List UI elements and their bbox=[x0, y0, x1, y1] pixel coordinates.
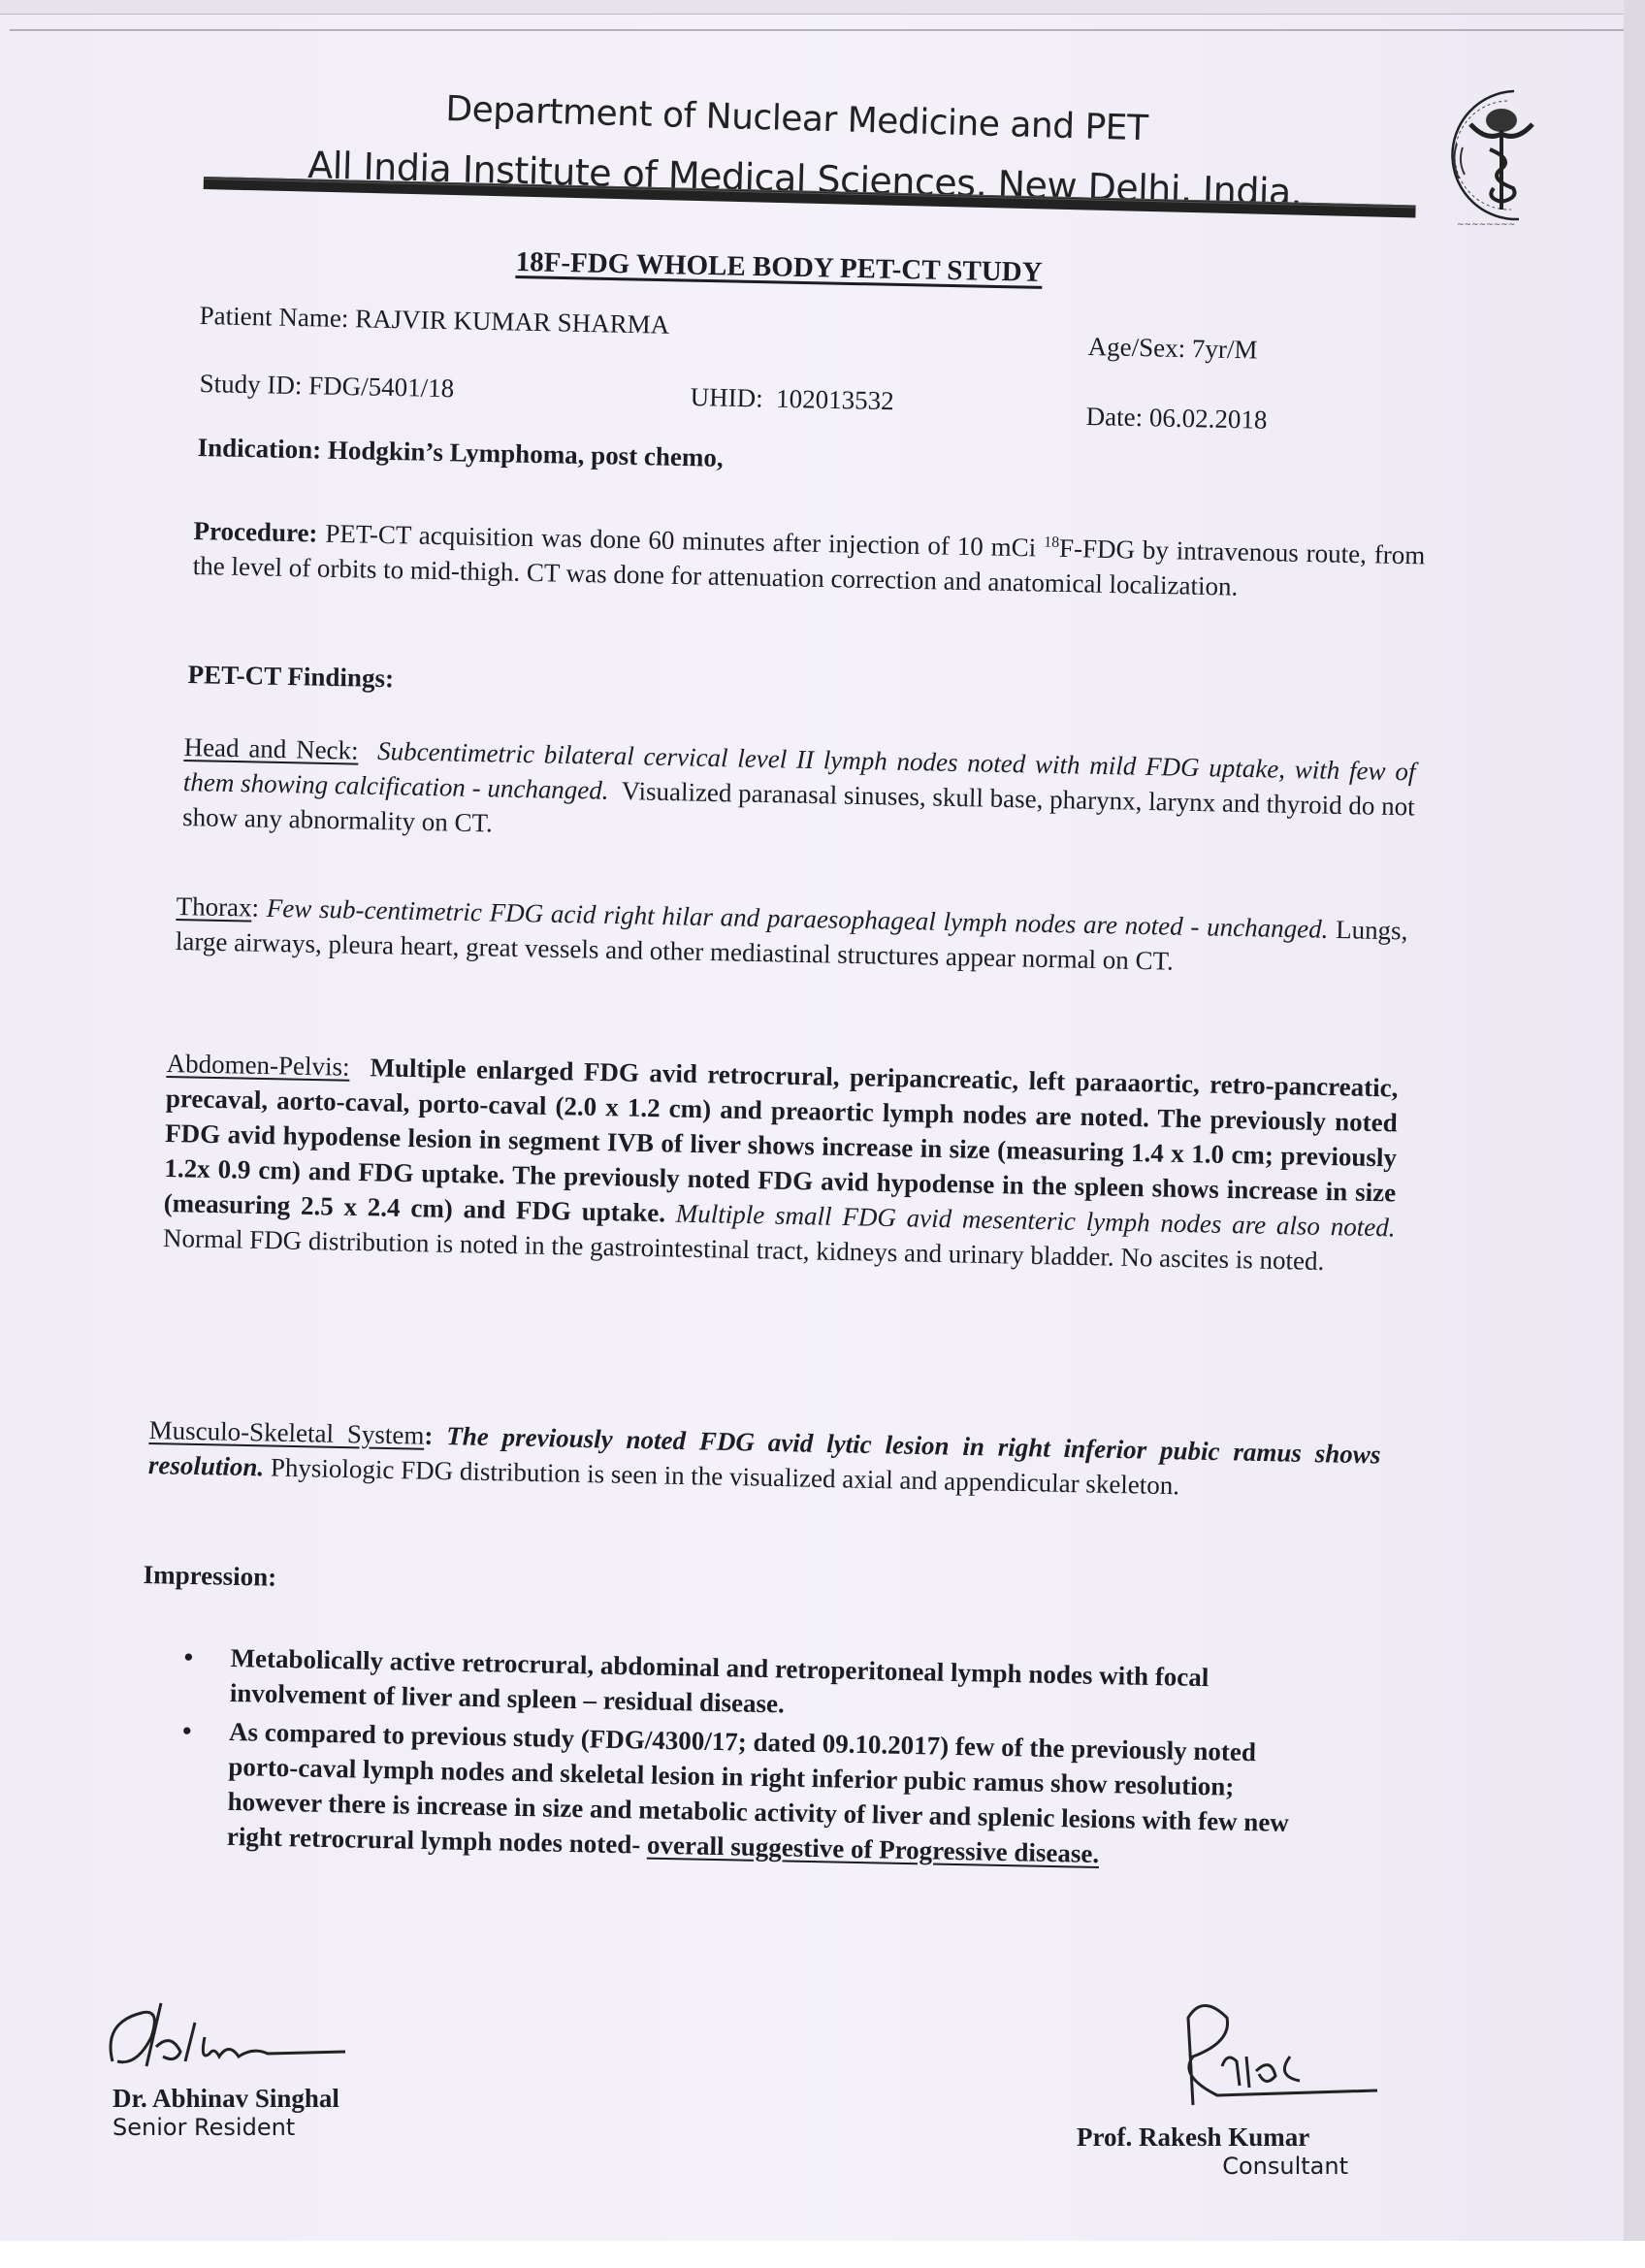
date-row: Date: 06.02.2018 bbox=[1085, 402, 1267, 436]
scan-right-edge bbox=[1624, 0, 1645, 2241]
right-signatory-role: Consultant bbox=[1077, 2153, 1348, 2180]
study-id-label: Study ID: bbox=[199, 369, 302, 400]
thorax-label: Thorax bbox=[176, 891, 252, 923]
bullet-icon: • bbox=[182, 1713, 192, 1748]
age-sex-row: Age/Sex: 7yr/M bbox=[1087, 332, 1257, 366]
indication-label: Indication: bbox=[197, 433, 321, 465]
age-sex-value: 7yr/M bbox=[1192, 334, 1258, 364]
finding-abdomen-pelvis: Abdomen-Pelvis: Multiple enlarged FDG av… bbox=[163, 1046, 1399, 1280]
abdomen-pelvis-label: Abdomen-Pelvis: bbox=[166, 1049, 350, 1082]
impression-conclusion: overall suggestive of Progressive diseas… bbox=[647, 1831, 1100, 1868]
uhid-value: 102013532 bbox=[776, 384, 894, 415]
right-signatory-name: Prof. Rakesh Kumar bbox=[1077, 2122, 1348, 2153]
impression-heading: Impression: bbox=[143, 1560, 276, 1593]
scan-top-edge bbox=[0, 0, 1645, 15]
left-signatory-name: Dr. Abhinav Singhal bbox=[113, 2084, 339, 2114]
procedure-label: Procedure: bbox=[193, 516, 318, 548]
findings-heading: PET-CT Findings: bbox=[187, 660, 394, 694]
impression-list: • Metabolically active retrocrural, abdo… bbox=[180, 1639, 1329, 1880]
uhid-label: UHID: bbox=[690, 382, 763, 412]
date-value: 06.02.2018 bbox=[1149, 403, 1268, 434]
study-id-value: FDG/5401/18 bbox=[308, 371, 455, 403]
date-label: Date: bbox=[1085, 402, 1143, 432]
right-signatory: Prof. Rakesh Kumar Consultant bbox=[1077, 2122, 1348, 2180]
patient-name-value: RAJVIR KUMAR SHARMA bbox=[355, 304, 670, 339]
procedure-superscript: 18 bbox=[1044, 535, 1059, 551]
study-id-row: Study ID: FDG/5401/18 bbox=[199, 369, 454, 404]
right-signature-icon bbox=[1145, 1998, 1416, 2124]
head-neck-label: Head and Neck: bbox=[183, 732, 359, 765]
uhid-row: UHID: 102013532 bbox=[690, 382, 894, 416]
left-signature-icon bbox=[93, 1993, 365, 2081]
svg-text:~~~~~~~~: ~~~~~~~~ bbox=[1457, 220, 1515, 229]
left-signatory: Dr. Abhinav Singhal Senior Resident bbox=[113, 2084, 339, 2141]
left-signatory-role: Senior Resident bbox=[113, 2114, 339, 2141]
age-sex-label: Age/Sex: bbox=[1087, 332, 1185, 363]
scan-artifact-line bbox=[10, 29, 1639, 31]
musculoskeletal-label: Musculo-Skeletal System bbox=[148, 1415, 424, 1450]
impression-item: • As compared to previous study (FDG/430… bbox=[180, 1713, 1328, 1876]
bullet-icon: • bbox=[183, 1639, 193, 1674]
aiims-caduceus-emblem-icon: ~~~~~~~~ bbox=[1422, 74, 1548, 229]
patient-name-label: Patient Name: bbox=[199, 301, 348, 333]
